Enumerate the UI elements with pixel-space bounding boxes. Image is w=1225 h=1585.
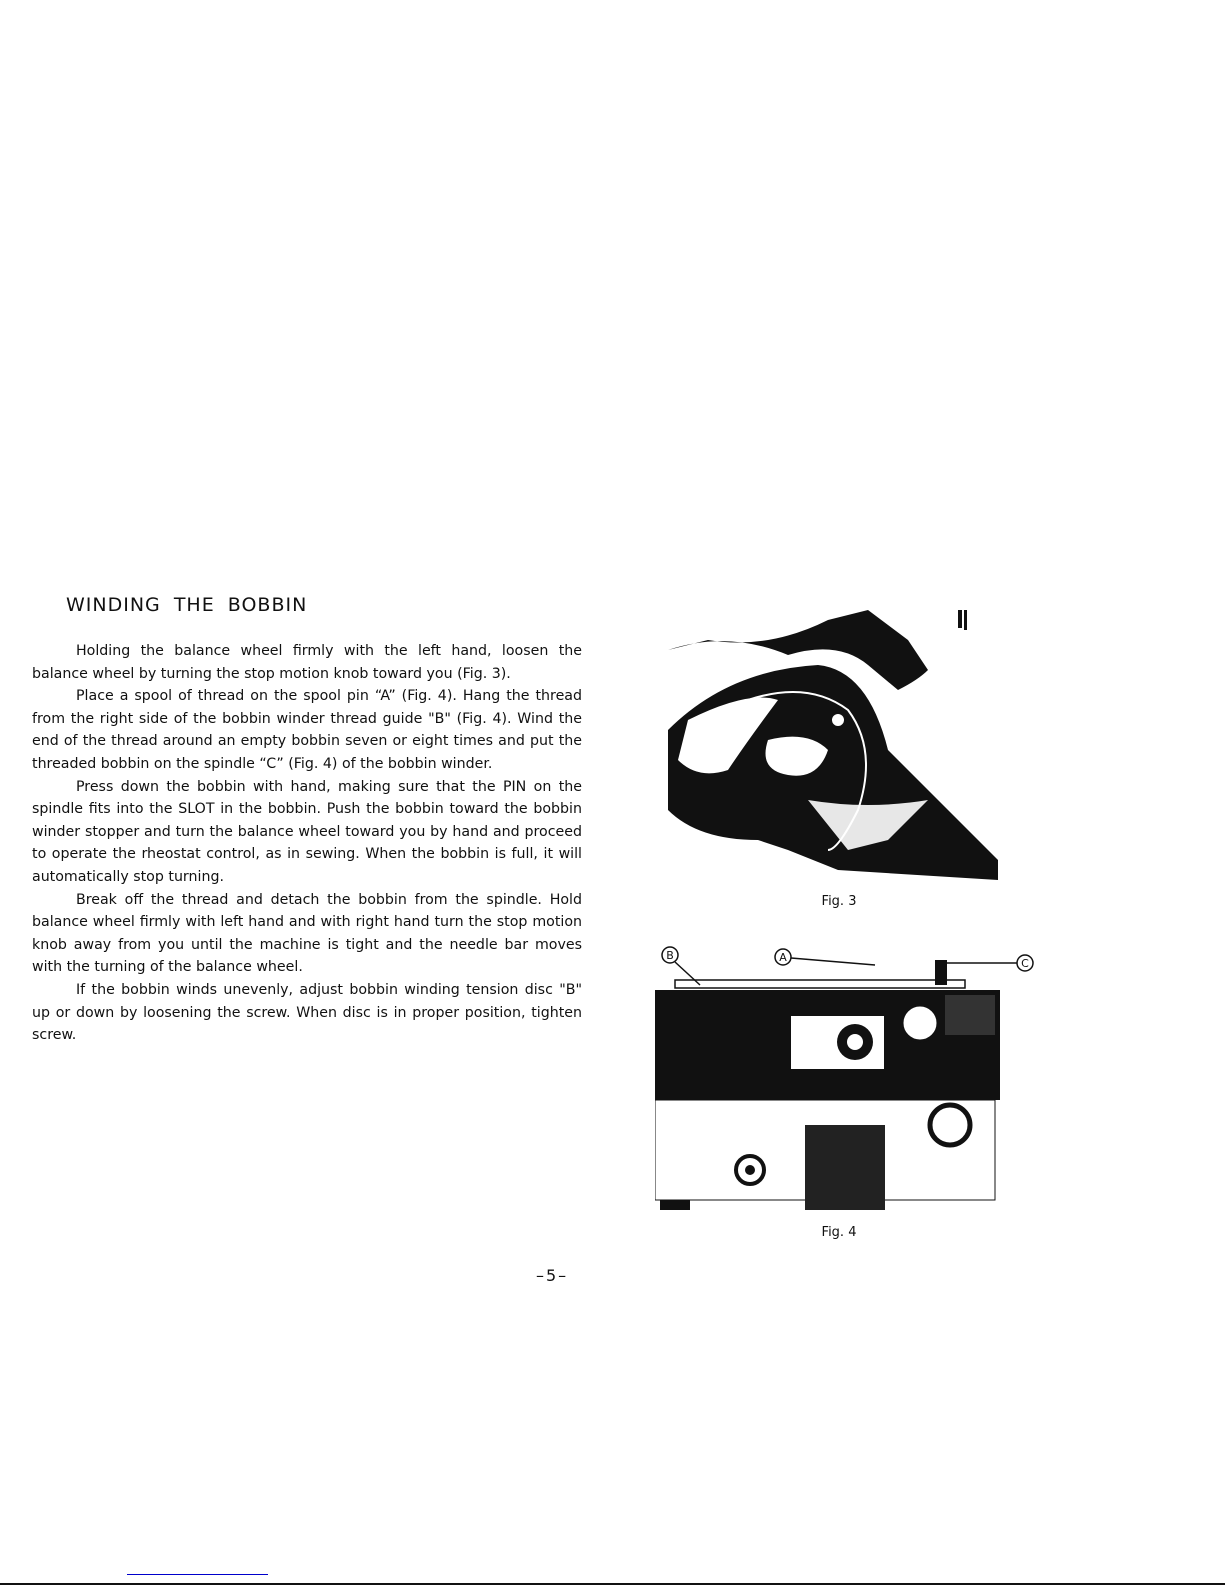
paragraph: Break off the thread and detach the bobb… [32,889,582,979]
figure-4-image: B A C [655,945,1040,1220]
section-title: WINDING THE BOBBIN [66,594,307,616]
figure-4-caption: Fig. 4 [789,1225,889,1240]
label-a: A [779,951,787,964]
scan-artifact-line [127,1574,268,1575]
figure-3-image [668,610,998,890]
paragraph: Holding the balance wheel firmly with th… [32,640,582,685]
paragraph: If the bobbin winds unevenly, adjust bob… [32,979,582,1047]
page-number: –5– [536,1266,568,1285]
instructions-body: Holding the balance wheel firmly with th… [32,640,582,1047]
paragraph: Place a spool of thread on the spool pin… [32,685,582,775]
figure-3-caption: Fig. 3 [789,894,889,909]
label-b: B [666,949,674,962]
label-c: C [1021,957,1029,970]
paragraph: Press down the bobbin with hand, making … [32,776,582,889]
